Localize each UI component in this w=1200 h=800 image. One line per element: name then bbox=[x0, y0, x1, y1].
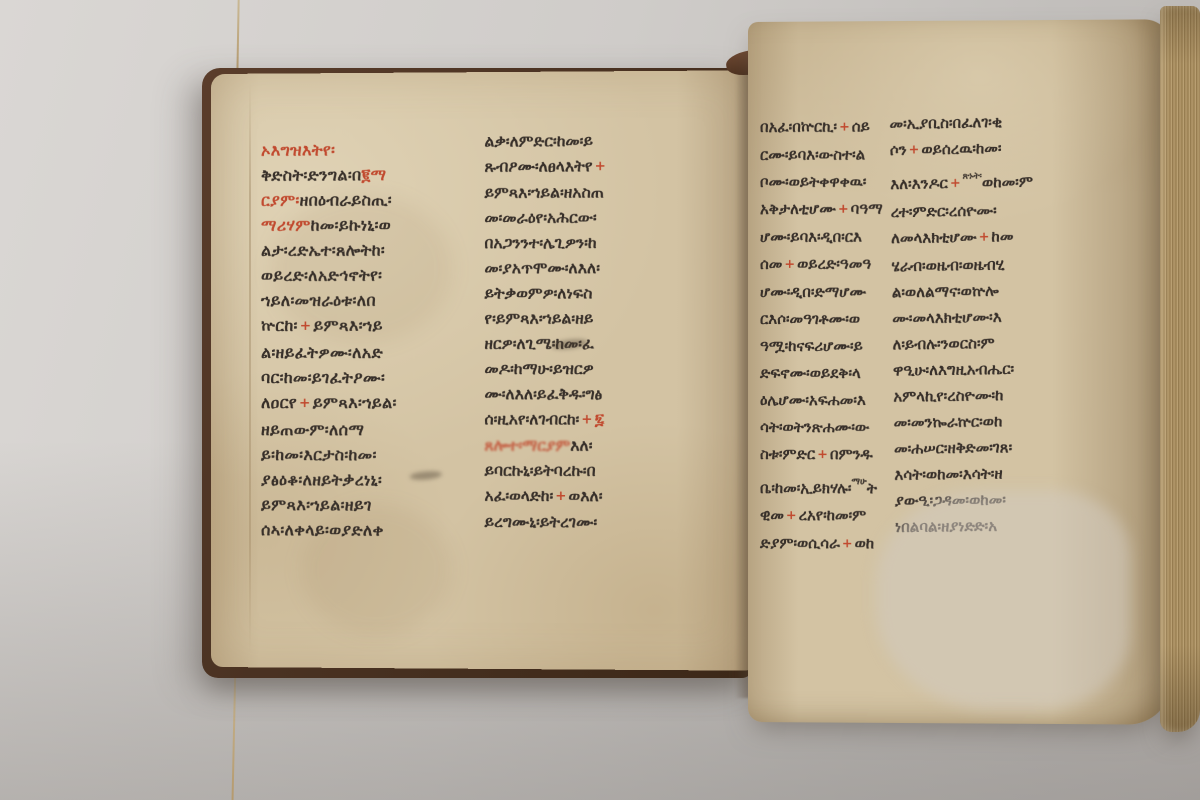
red-cross-mark: + bbox=[817, 441, 828, 468]
text-segment-black: ቅድስት፡ድንግል፡በ bbox=[261, 165, 361, 184]
text-segment-black: ሶን bbox=[890, 141, 907, 159]
text-segment-black: በምንዱ bbox=[830, 445, 873, 463]
text-segment-black: ረተ፡ምድር፡ረሰዮሙ፡ bbox=[891, 201, 997, 221]
text-segment-black: መ፡ሐሠር፡ዘቅድመ፡ገጸ፡ bbox=[894, 438, 1012, 458]
text-line: ል፡ወለልማና፡ወኵሎ bbox=[892, 276, 1116, 306]
text-segment-black: ልቃ፡ለምድር፡ከመ፡ይ bbox=[484, 132, 593, 151]
text-line: ለ፡ይብሉ፡ንወርስ፡ም bbox=[892, 328, 1116, 357]
text-segment-black: በአፈ፡በኵርኪ፡ bbox=[760, 118, 837, 136]
text-segment-black: ሰመ bbox=[760, 255, 782, 273]
text-line: ረተ፡ምድር፡ረሰዮሙ፡ bbox=[891, 195, 1115, 225]
text-segment-black: ይምጻእ፡ኀይ bbox=[313, 316, 382, 335]
text-segment-black: ድያም፡ወሲሳራ bbox=[760, 534, 840, 552]
text-segment-black: መ፡መራዕየ፡አሕርው፡ bbox=[484, 209, 596, 228]
text-line: ዋዒሁ፡ለእግዚአብሔር፡ bbox=[893, 354, 1117, 383]
text-line: ሰ፡ዚአየ፡ለገብርከ፡+፯ bbox=[484, 407, 712, 433]
text-segment-black: ይምጻእ፡ኀይል፡ bbox=[313, 393, 397, 412]
text-line: የ፡ይምጻእ፡ኀይል፡ዘይ bbox=[484, 306, 712, 331]
text-segment-black: እለ፡እንዶር bbox=[890, 174, 948, 193]
text-line: መ፡መራዕየ፡አሕርው፡ bbox=[484, 205, 712, 231]
text-segment-black: አምላኪየ፡ረስዮሙ፡ከ bbox=[893, 386, 1003, 406]
text-segment-black: ባዓማ bbox=[851, 200, 883, 218]
text-line: ሰኣ፡ለቀላይ፡ወያድለቀ bbox=[261, 517, 474, 543]
text-segment-black: ያፅዕቆ፡ለዘይትቃረነኒ፡ bbox=[261, 470, 382, 489]
text-line: ያፅዕቆ፡ለዘይትቃረነኒ፡ bbox=[261, 467, 474, 493]
page-crease bbox=[249, 82, 251, 655]
text-segment-black: ድፍኖሙ፡ወይደቅ፡ላ bbox=[760, 364, 861, 382]
red-cross-mark: + bbox=[300, 314, 312, 339]
text-line: አምላኪየ፡ረስዮሙ፡ከ bbox=[893, 381, 1117, 410]
red-cross-mark: + bbox=[555, 484, 566, 509]
text-segment-black: መ፡ኢያቢስ፡በፈለገ፡ቂ bbox=[889, 113, 1002, 133]
red-cross-mark: + bbox=[842, 530, 853, 557]
fore-edge-page-block bbox=[1160, 6, 1200, 732]
text-line: ዘይጠውም፡ለሰማ bbox=[261, 417, 474, 442]
parchment-patch bbox=[876, 490, 1130, 710]
text-segment-black: ሰይ bbox=[852, 117, 870, 135]
text-segment-black: ወይረድ፡ዓመዓ bbox=[797, 255, 871, 273]
text-line: ልቃ፡ለምድር፡ከመ፡ይ bbox=[484, 128, 712, 154]
text-line: ቅድስት፡ድንግል፡በ፪ማ bbox=[261, 162, 474, 188]
text-segment-black: ለዐርየ bbox=[261, 393, 297, 412]
text-segment-black: ኵርከ፡ bbox=[261, 316, 298, 335]
text-line: ይትቃወምዎ፡ለነፍስ bbox=[484, 281, 712, 307]
text-segment-black: ልታ፡ረድኤተ፡ጸሎትከ፡ bbox=[261, 240, 385, 259]
text-line: ማሪሃምከመ፡ይኩነኒ፡ወ bbox=[261, 212, 474, 238]
text-segment-black: ወከመ፡ም bbox=[982, 173, 1033, 192]
red-cross-mark: + bbox=[839, 114, 850, 141]
text-segment-black: ሄራብ፡ወዜብ፡ወዜብሂ bbox=[891, 255, 1004, 275]
right-page-column-2: መ፡ኢያቢስ፡በፈለገ፡ቂሶን+ወይሰረዉ፡ከመ፡እለ፡እንዶር+ጽኑት፡ወከመ… bbox=[889, 107, 1119, 540]
text-segment-black: ረአየ፡ከመ፡ም bbox=[799, 506, 867, 524]
red-cross-mark: + bbox=[784, 251, 795, 278]
text-segment-black: ሰኣ፡ለቀላይ፡ወያድለቀ bbox=[261, 520, 384, 539]
text-segment-black: ዘይጠውም፡ለሰማ bbox=[261, 420, 364, 439]
text-segment-black: ሆሙ፡ዲበ፡ድማሆሙ bbox=[760, 283, 866, 301]
text-segment-black: አፈ፡ወላድከ፡ bbox=[484, 487, 553, 505]
smudged-rubric: ጸሎተ፡ማርያም bbox=[484, 436, 570, 454]
text-line: ጹብዖሙ፡ለፀላእትየ+ bbox=[484, 154, 712, 181]
text-segment-black: መ፡ያአጥሞሙ፡ለእለ፡ bbox=[484, 259, 600, 277]
text-line: ሶን+ወይሰረዉ፡ከመ፡ bbox=[890, 133, 1114, 165]
left-page-column-2: ልቃ፡ለምድር፡ከመ፡ይጹብዖሙ፡ለፀላእትየ+ይምጻእ፡ኀይል፡ዘአስጠመ፡መ… bbox=[484, 128, 712, 536]
text-segment-black: ወከ bbox=[855, 534, 875, 552]
text-segment-black: መ፡መንኰራኵር፡ወከ bbox=[894, 412, 1003, 431]
text-segment-black: ስቱ፡ምድር bbox=[760, 445, 815, 463]
text-segment-black: ዕሌሆሙ፡አፍሐመ፡እ bbox=[760, 391, 866, 409]
text-line: ይምጻእ፡ኀይል፡ዘይገ bbox=[261, 492, 474, 518]
text-line: ጸሎተ፡ማርያምእለ፡ bbox=[484, 433, 712, 459]
text-segment-rubric: ማሪሃም bbox=[261, 216, 311, 235]
text-segment-black: ቤ፡ከመ፡ኢይክሃሉ፡ bbox=[760, 479, 851, 497]
text-line: ል፡ዘይፈትዎሙ፡ለአድ bbox=[261, 340, 474, 365]
text-segment-black: በአጋንንተ፡ሌጊዎን፡ከ bbox=[484, 234, 596, 252]
text-line: ኵርከ፡+ይምጻእ፡ኀይ bbox=[261, 313, 474, 340]
text-segment-black: ከመ bbox=[991, 227, 1013, 245]
text-segment-black: እለ፡ bbox=[570, 437, 592, 455]
text-segment-black: ል፡ዘይፈትዎሙ፡ለአድ bbox=[261, 343, 383, 362]
text-segment-rubric: ርያም፡ bbox=[261, 191, 300, 210]
text-segment-black: ኀይለ፡መዝራዕቱ፡ለበ bbox=[261, 291, 376, 310]
red-cross-mark: + bbox=[908, 137, 919, 163]
text-segment-black: አቅታለቲሆሙ bbox=[760, 200, 836, 218]
text-line: መዶ፡ከማሁ፡ይዝርዎ bbox=[484, 357, 712, 382]
text-line: እሳት፡ወከመ፡እሳት፡ዘ bbox=[894, 459, 1118, 488]
text-segment-black: ወይሰረዉ፡ከመ፡ bbox=[921, 139, 1001, 159]
text-segment-black: ይ፡ከመ፡እርታስ፡ከመ፡ bbox=[261, 445, 377, 464]
text-segment-rubric: ፪ማ bbox=[362, 165, 387, 184]
manuscript-book: ኦእግዝእትየ፡ቅድስት፡ድንግል፡በ፪ማርያም፡ዘበዕብራይስጢ፡ማሪሃምከመ… bbox=[0, 0, 1200, 800]
text-segment-black: ዓሟ፡ከናፍሪሆሙ፡ይ bbox=[760, 337, 863, 355]
text-segment-black: ሙ፡መላእክቲሆሙ፡እ bbox=[892, 308, 1002, 328]
text-segment-black: የ፡ይምጻእ፡ኀይል፡ዘይ bbox=[484, 309, 593, 327]
right-page: በአፈ፡በኵርኪ፡+ሰይርሙ፡ይባእ፡ውስተ፡ልቦሙ፡ወይትቀዋቀዉ፡አቅታለቲ… bbox=[748, 19, 1171, 724]
text-line: በአጋንንተ፡ሌጊዎን፡ከ bbox=[484, 230, 712, 256]
text-segment-black: ሳት፡ወትንጽሐሙ፡ው bbox=[760, 418, 869, 436]
text-segment-black: ይትቃወምዎ፡ለነፍስ bbox=[484, 284, 592, 302]
text-segment-black: ጹብዖሙ፡ለፀላእትየ bbox=[484, 157, 592, 176]
text-segment-black: ሰ፡ዚአየ፡ለገብርከ፡ bbox=[484, 410, 579, 428]
text-line: ይምጻእ፡ኀይል፡ዘአስጠ bbox=[484, 180, 712, 206]
text-line: ለዐርየ+ይምጻእ፡ኀይል፡ bbox=[261, 390, 474, 417]
text-segment-black: ርሙ፡ይባእ፡ውስተ፡ል bbox=[760, 146, 865, 164]
text-line: ኀይለ፡መዝራዕቱ፡ለበ bbox=[261, 288, 474, 313]
text-line: ኦእግዝእትየ፡ bbox=[261, 137, 474, 163]
photo-scene: ኦእግዝእትየ፡ቅድስት፡ድንግል፡በ፪ማርያም፡ዘበዕብራይስጢ፡ማሪሃምከመ… bbox=[0, 0, 1200, 800]
text-line: እለ፡እንዶር+ጽኑት፡ወከመ፡ም bbox=[890, 161, 1114, 199]
text-line: ባር፡ከመ፡ይገፈትዖሙ፡ bbox=[261, 365, 474, 390]
text-line: ልታ፡ረድኤተ፡ጸሎትከ፡ bbox=[261, 237, 474, 263]
text-line: መ፡ኢያቢስ፡በፈለገ፡ቂ bbox=[889, 107, 1113, 137]
red-cross-mark: + bbox=[595, 154, 606, 179]
text-segment-black: ሙ፡ለእለ፡ይፈቅዱ፡ግፅ bbox=[484, 385, 602, 403]
text-line: ሄራብ፡ወዜብ፡ወዜብሂ bbox=[891, 250, 1115, 280]
text-segment-black: ይምጻእ፡ኀይል፡ዘይገ bbox=[261, 495, 372, 514]
text-line: ይ፡ከመ፡እርታስ፡ከመ፡ bbox=[261, 442, 474, 468]
red-cross-mark: + bbox=[299, 391, 311, 416]
text-segment-black: ሆሙ፡ይባእ፡ዲበ፡ርእ bbox=[760, 228, 862, 246]
text-segment-black: ለመላእክቲሆሙ bbox=[891, 228, 977, 247]
text-line: ዘርዎ፡ለጊሜ፡ከመ፡ፈ bbox=[484, 332, 712, 357]
text-segment-black: ወእለ፡ bbox=[568, 487, 602, 505]
text-line: ወይረድ፡ለአድኅኖትየ፡ bbox=[261, 262, 474, 288]
interlinear-note: ማሁ bbox=[851, 477, 866, 487]
red-cross-mark: + bbox=[950, 171, 961, 197]
text-line: መ፡መንኰራኵር፡ወከ bbox=[893, 407, 1117, 436]
text-line: መ፡ሐሠር፡ዘቅድመ፡ገጸ፡ bbox=[894, 433, 1118, 462]
text-line: ለመላእክቲሆሙ+ከመ bbox=[891, 221, 1115, 253]
text-line: መ፡ያአጥሞሙ፡ለእለ፡ bbox=[484, 256, 712, 282]
text-line: ይረግሙኒ፡ይትረገሙ፡ bbox=[484, 510, 712, 536]
text-segment-black: ቦሙ፡ወይትቀዋቀዉ፡ bbox=[760, 173, 866, 191]
red-cross-mark: + bbox=[581, 407, 592, 432]
text-line: ይባርኩኒ፡ይትባረኩ፡በ bbox=[484, 459, 712, 485]
text-segment-black: ይረግሙኒ፡ይትረገሙ፡ bbox=[484, 513, 597, 532]
text-line: ርያም፡ዘበዕብራይስጢ፡ bbox=[261, 187, 474, 213]
text-segment-black: ይባርኩኒ፡ይትባረኩ፡በ bbox=[484, 462, 595, 480]
text-segment-black: ከመ፡ይኩነኒ፡ወ bbox=[311, 215, 391, 234]
red-cross-mark: + bbox=[838, 196, 849, 223]
text-line: ሙ፡መላእክቲሆሙ፡እ bbox=[892, 302, 1116, 331]
text-line: ሙ፡ለእለ፡ይፈቅዱ፡ግፅ bbox=[484, 382, 712, 407]
text-segment-black: ል፡ወለልማና፡ወኵሎ bbox=[892, 282, 999, 302]
text-segment-black: ዘበዕብራይስጢ፡ bbox=[300, 190, 392, 209]
left-page: ኦእግዝእትየ፡ቅድስት፡ድንግል፡በ፪ማርያም፡ዘበዕብራይስጢ፡ማሪሃምከመ… bbox=[211, 70, 753, 670]
left-page-column-1: ኦእግዝእትየ፡ቅድስት፡ድንግል፡በ፪ማርያም፡ዘበዕብራይስጢ፡ማሪሃምከመ… bbox=[261, 137, 474, 543]
text-segment-black: ርእሶ፡መዓገቶሙ፡ወ bbox=[760, 310, 860, 328]
text-segment-black: ት bbox=[867, 479, 877, 497]
text-segment-rubric: ኦእግዝእትየ፡ bbox=[261, 140, 335, 159]
interlinear-note: ጽኑት፡ bbox=[963, 171, 982, 181]
text-segment-black: ባር፡ከመ፡ይገፈትዖሙ፡ bbox=[261, 368, 385, 387]
red-cross-mark: + bbox=[786, 502, 797, 529]
text-line: አፈ፡ወላድከ፡+ወእለ፡ bbox=[484, 484, 712, 511]
text-segment-black: መዶ፡ከማሁ፡ይዝርዎ bbox=[484, 360, 593, 378]
text-segment-black: ለ፡ይብሉ፡ንወርስ፡ም bbox=[892, 334, 994, 354]
text-segment-rubric: ፯ bbox=[595, 410, 605, 428]
text-segment-black: እሳት፡ወከመ፡እሳት፡ዘ bbox=[894, 464, 1002, 483]
red-cross-mark: + bbox=[978, 225, 989, 251]
text-segment-black: ወይረድ፡ለአድኅኖትየ፡ bbox=[261, 266, 382, 285]
text-segment-black: ይምጻእ፡ኀይል፡ዘአስጠ bbox=[484, 183, 603, 202]
text-segment-black: ዋዒሁ፡ለእግዚአብሔር፡ bbox=[893, 360, 1014, 380]
text-segment-black: ዊመ bbox=[760, 506, 784, 524]
